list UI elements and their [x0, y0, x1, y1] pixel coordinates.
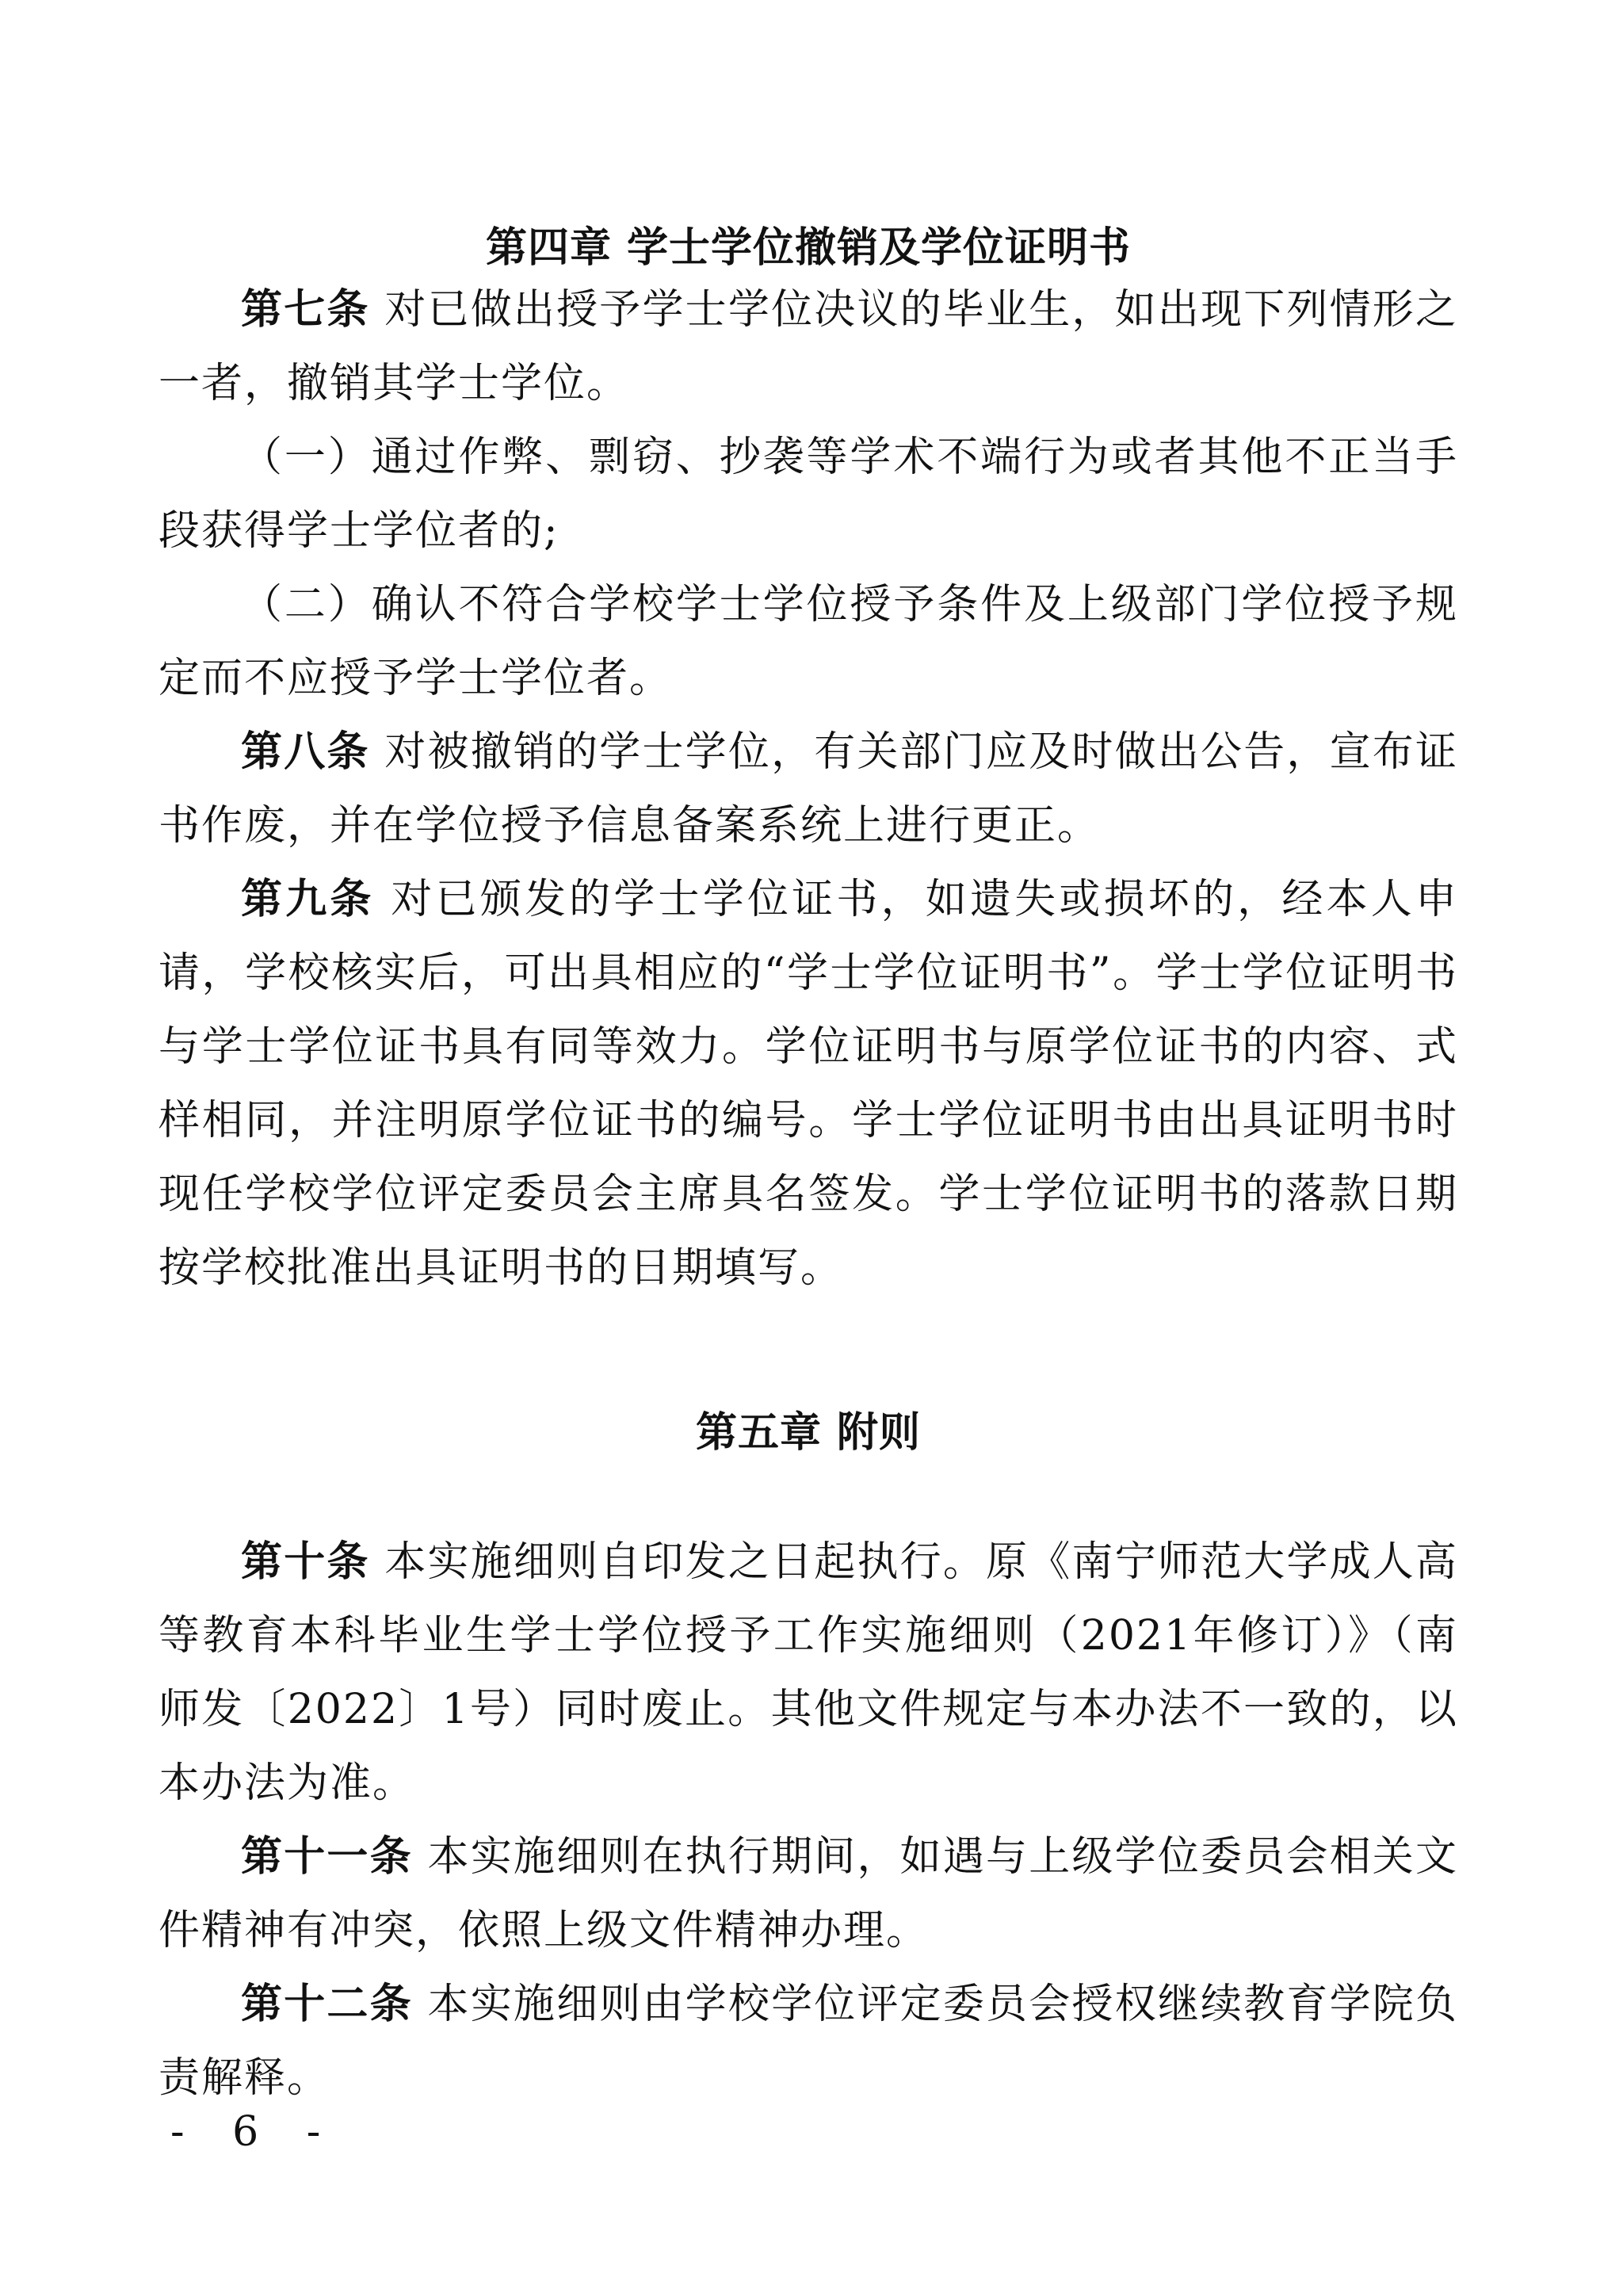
- article-9: 第九条 对已颁发的学士学位证书，如遗失或损坏的，经本人申请，学校核实后，可出具相…: [158, 863, 1458, 1305]
- article-7: 第七条 对已做出授予学士学位决议的毕业生，如出现下列情形之一者，撤销其学士学位。: [158, 273, 1458, 421]
- article-9-label: 第九条: [241, 876, 375, 923]
- article-11-label: 第十一条: [241, 1833, 413, 1881]
- chapter-5-heading: 第五章 附则: [158, 1399, 1458, 1458]
- article-10-label: 第十条: [241, 1538, 370, 1586]
- chapter-4-heading: 第四章 学士学位撤销及学位证明书: [158, 214, 1458, 273]
- article-11: 第十一条 本实施细则在执行期间，如遇与上级学位委员会相关文件精神有冲突，依照上级…: [158, 1820, 1458, 1968]
- article-8-label: 第八条: [241, 728, 370, 776]
- article-7-item-2: （二）确认不符合学校学士学位授予条件及上级部门学位授予规定而不应授予学士学位者。: [158, 568, 1458, 716]
- article-7-item-1: （一）通过作弊、剽窃、抄袭等学术不端行为或者其他不正当手段获得学士学位者的;: [158, 421, 1458, 568]
- article-12-label: 第十二条: [241, 1981, 413, 2028]
- article-12: 第十二条 本实施细则由学校学位评定委员会授权继续教育学院负责解释。: [158, 1968, 1458, 2115]
- page-number: - 6 -: [170, 2108, 338, 2156]
- article-9-text: 对已颁发的学士学位证书，如遗失或损坏的，经本人申请，学校核实后，可出具相应的“学…: [158, 876, 1458, 1292]
- article-7-label: 第七条: [241, 286, 370, 334]
- article-10: 第十条 本实施细则自印发之日起执行。原《南宁师范大学成人高等教育本科毕业生学士学…: [158, 1526, 1458, 1820]
- article-8: 第八条 对被撤销的学士学位，有关部门应及时做出公告，宣布证书作废，并在学位授予信…: [158, 716, 1458, 863]
